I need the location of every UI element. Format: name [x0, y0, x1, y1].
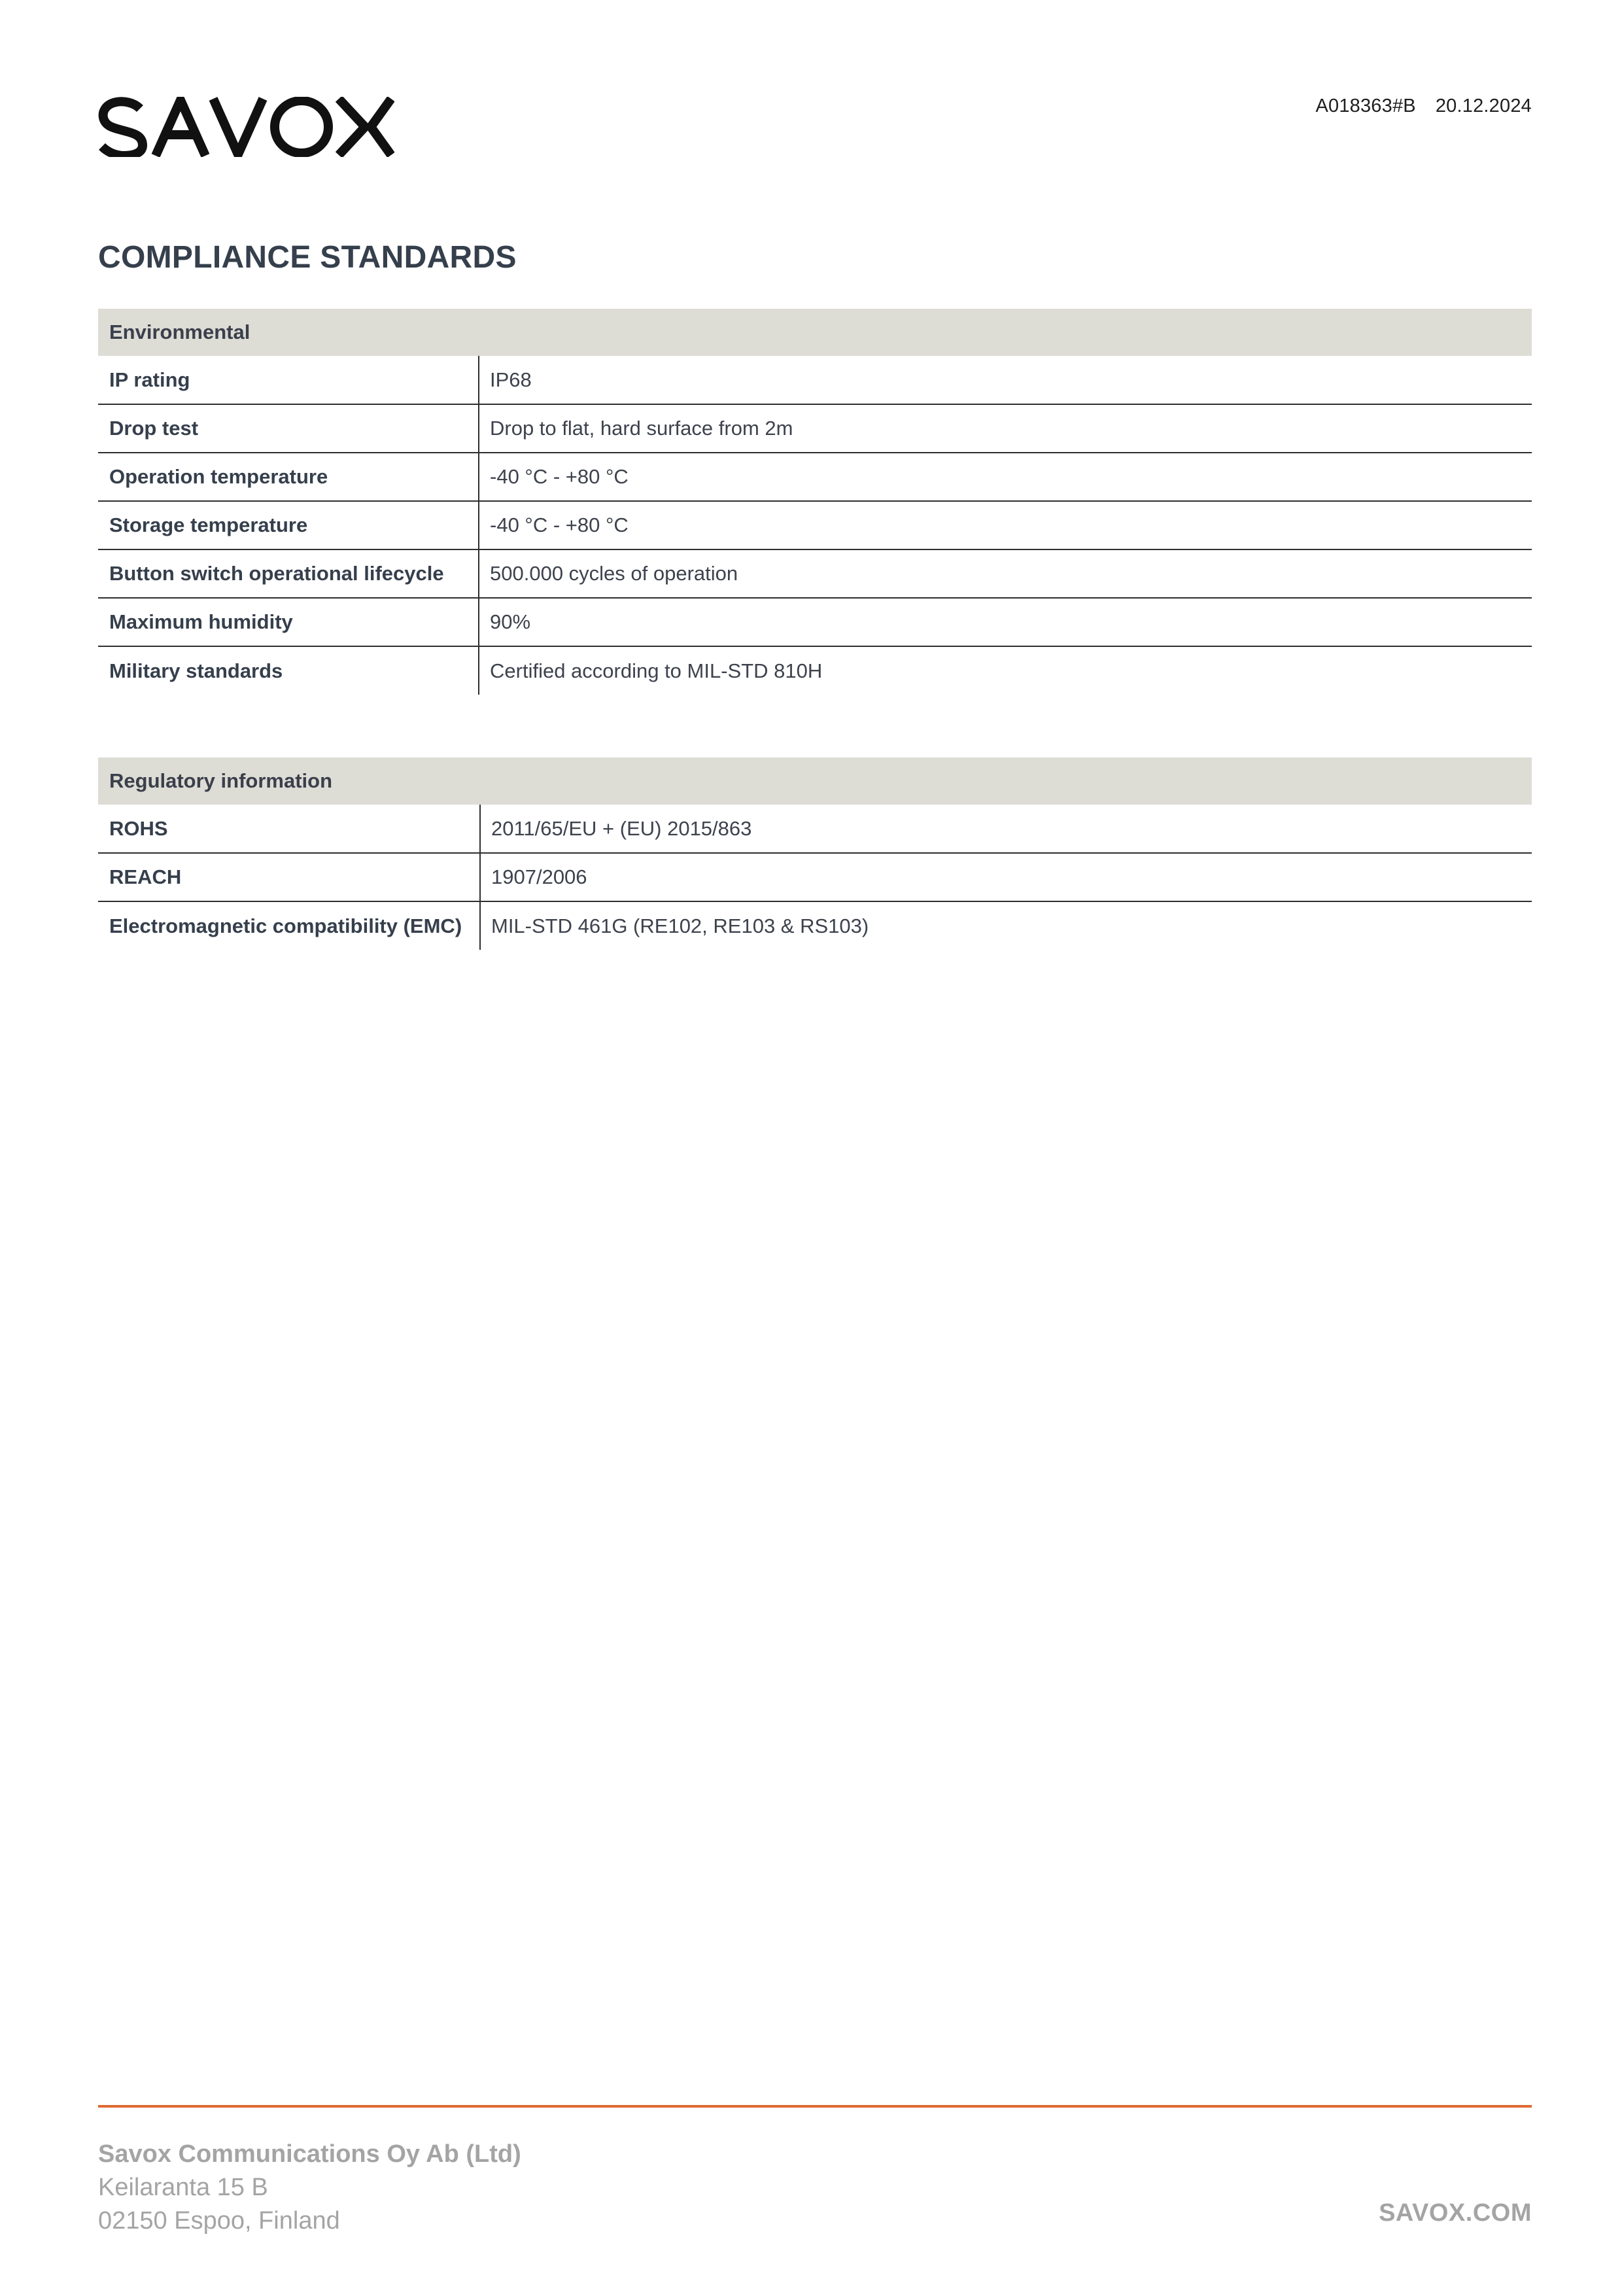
regulatory-table: Regulatory information ROHS 2011/65/EU +…	[98, 757, 1532, 950]
row-value: 2011/65/EU + (EU) 2015/863	[480, 805, 1532, 853]
table-row: Military standards Certified according t…	[98, 646, 1532, 695]
footer-divider	[98, 2105, 1532, 2108]
row-label: Maximum humidity	[98, 598, 479, 646]
environmental-table: Environmental IP rating IP68 Drop test D…	[98, 309, 1532, 695]
row-label: Button switch operational lifecycle	[98, 549, 479, 598]
table-row: IP rating IP68	[98, 356, 1532, 404]
row-value: IP68	[479, 356, 1532, 404]
table-row: REACH 1907/2006	[98, 853, 1532, 901]
row-label: Electromagnetic compatibility (EMC)	[98, 901, 480, 950]
row-label: REACH	[98, 853, 480, 901]
row-value: 1907/2006	[480, 853, 1532, 901]
row-label: Drop test	[98, 404, 479, 453]
document-code: A018363#B	[1315, 96, 1415, 117]
table-row: Storage temperature -40 °C - +80 °C	[98, 501, 1532, 549]
row-value: MIL-STD 461G (RE102, RE103 & RS103)	[480, 901, 1532, 950]
document-date: 20.12.2024	[1436, 96, 1532, 117]
row-value: -40 °C - +80 °C	[479, 501, 1532, 549]
footer-website-link[interactable]: SAVOX.COM	[1379, 2199, 1532, 2227]
table-row: Operation temperature -40 °C - +80 °C	[98, 453, 1532, 501]
row-value: 90%	[479, 598, 1532, 646]
footer-company-name: Savox Communications Oy Ab (Ltd)	[98, 2138, 521, 2171]
row-label: Military standards	[98, 646, 479, 695]
footer-address: Savox Communications Oy Ab (Ltd) Keilara…	[98, 2138, 521, 2238]
savox-logo	[97, 97, 394, 157]
row-label: Storage temperature	[98, 501, 479, 549]
table-row: ROHS 2011/65/EU + (EU) 2015/863	[98, 805, 1532, 853]
row-label: ROHS	[98, 805, 480, 853]
footer-city: 02150 Espoo, Finland	[98, 2204, 521, 2238]
table-row: Drop test Drop to flat, hard surface fro…	[98, 404, 1532, 453]
document-meta: A018363#B 20.12.2024	[1315, 96, 1532, 117]
section-header-environmental: Environmental	[98, 309, 1532, 356]
footer-street: Keilaranta 15 B	[98, 2171, 521, 2204]
page-title: COMPLIANCE STANDARDS	[98, 239, 517, 275]
row-value: Drop to flat, hard surface from 2m	[479, 404, 1532, 453]
table-row: Button switch operational lifecycle 500.…	[98, 549, 1532, 598]
row-value: -40 °C - +80 °C	[479, 453, 1532, 501]
row-value: Certified according to MIL-STD 810H	[479, 646, 1532, 695]
table-row: Maximum humidity 90%	[98, 598, 1532, 646]
table-row: Electromagnetic compatibility (EMC) MIL-…	[98, 901, 1532, 950]
row-label: Operation temperature	[98, 453, 479, 501]
row-label: IP rating	[98, 356, 479, 404]
row-value: 500.000 cycles of operation	[479, 549, 1532, 598]
section-header-regulatory: Regulatory information	[98, 757, 1532, 805]
